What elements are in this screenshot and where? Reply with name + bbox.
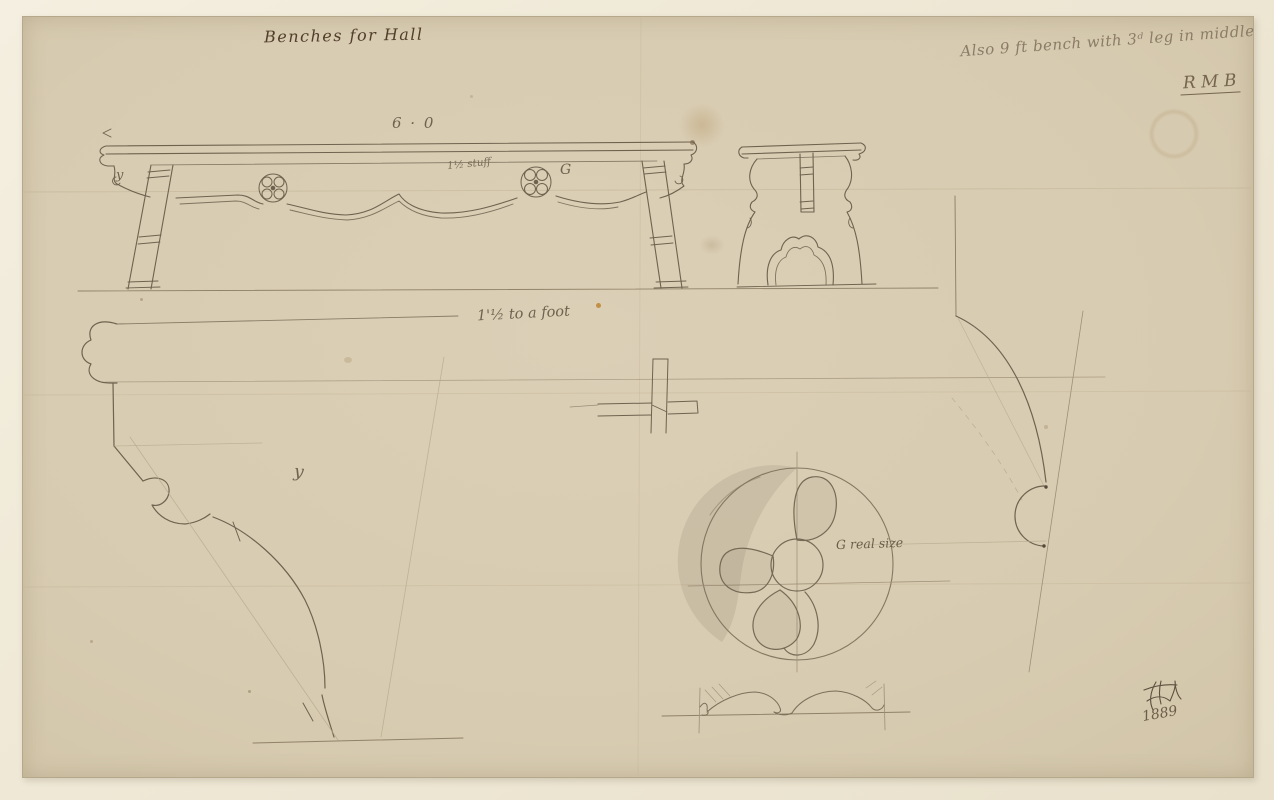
initials-rmb: R M B — [1179, 70, 1240, 95]
length-dimension-label: 6 · 0 — [392, 114, 435, 132]
bracket-ref-y-detail: y — [293, 462, 305, 483]
bench-end-elevation — [737, 143, 876, 287]
seat-profile-detail — [82, 316, 463, 743]
bracket-ref-y-elevation: y — [116, 168, 123, 183]
bench-side-elevation — [100, 129, 697, 289]
rosette-real-size-note: G real size — [836, 535, 904, 552]
datum-lines — [78, 288, 1105, 382]
rosette-ref-letter: G — [560, 162, 571, 178]
cross-joint-detail — [570, 359, 698, 433]
fold-creases — [23, 17, 1251, 775]
scanned-sheet-stage: Benches for Hall Also 9 ft bench with 3ᵈ… — [0, 0, 1274, 800]
drawing-linework — [0, 0, 1274, 800]
moulding-section-detail — [662, 681, 910, 733]
sheet-title: Benches for Hall — [264, 25, 424, 47]
arch-curve-detail — [860, 196, 1083, 672]
rosette-full-size-detail — [678, 452, 950, 672]
